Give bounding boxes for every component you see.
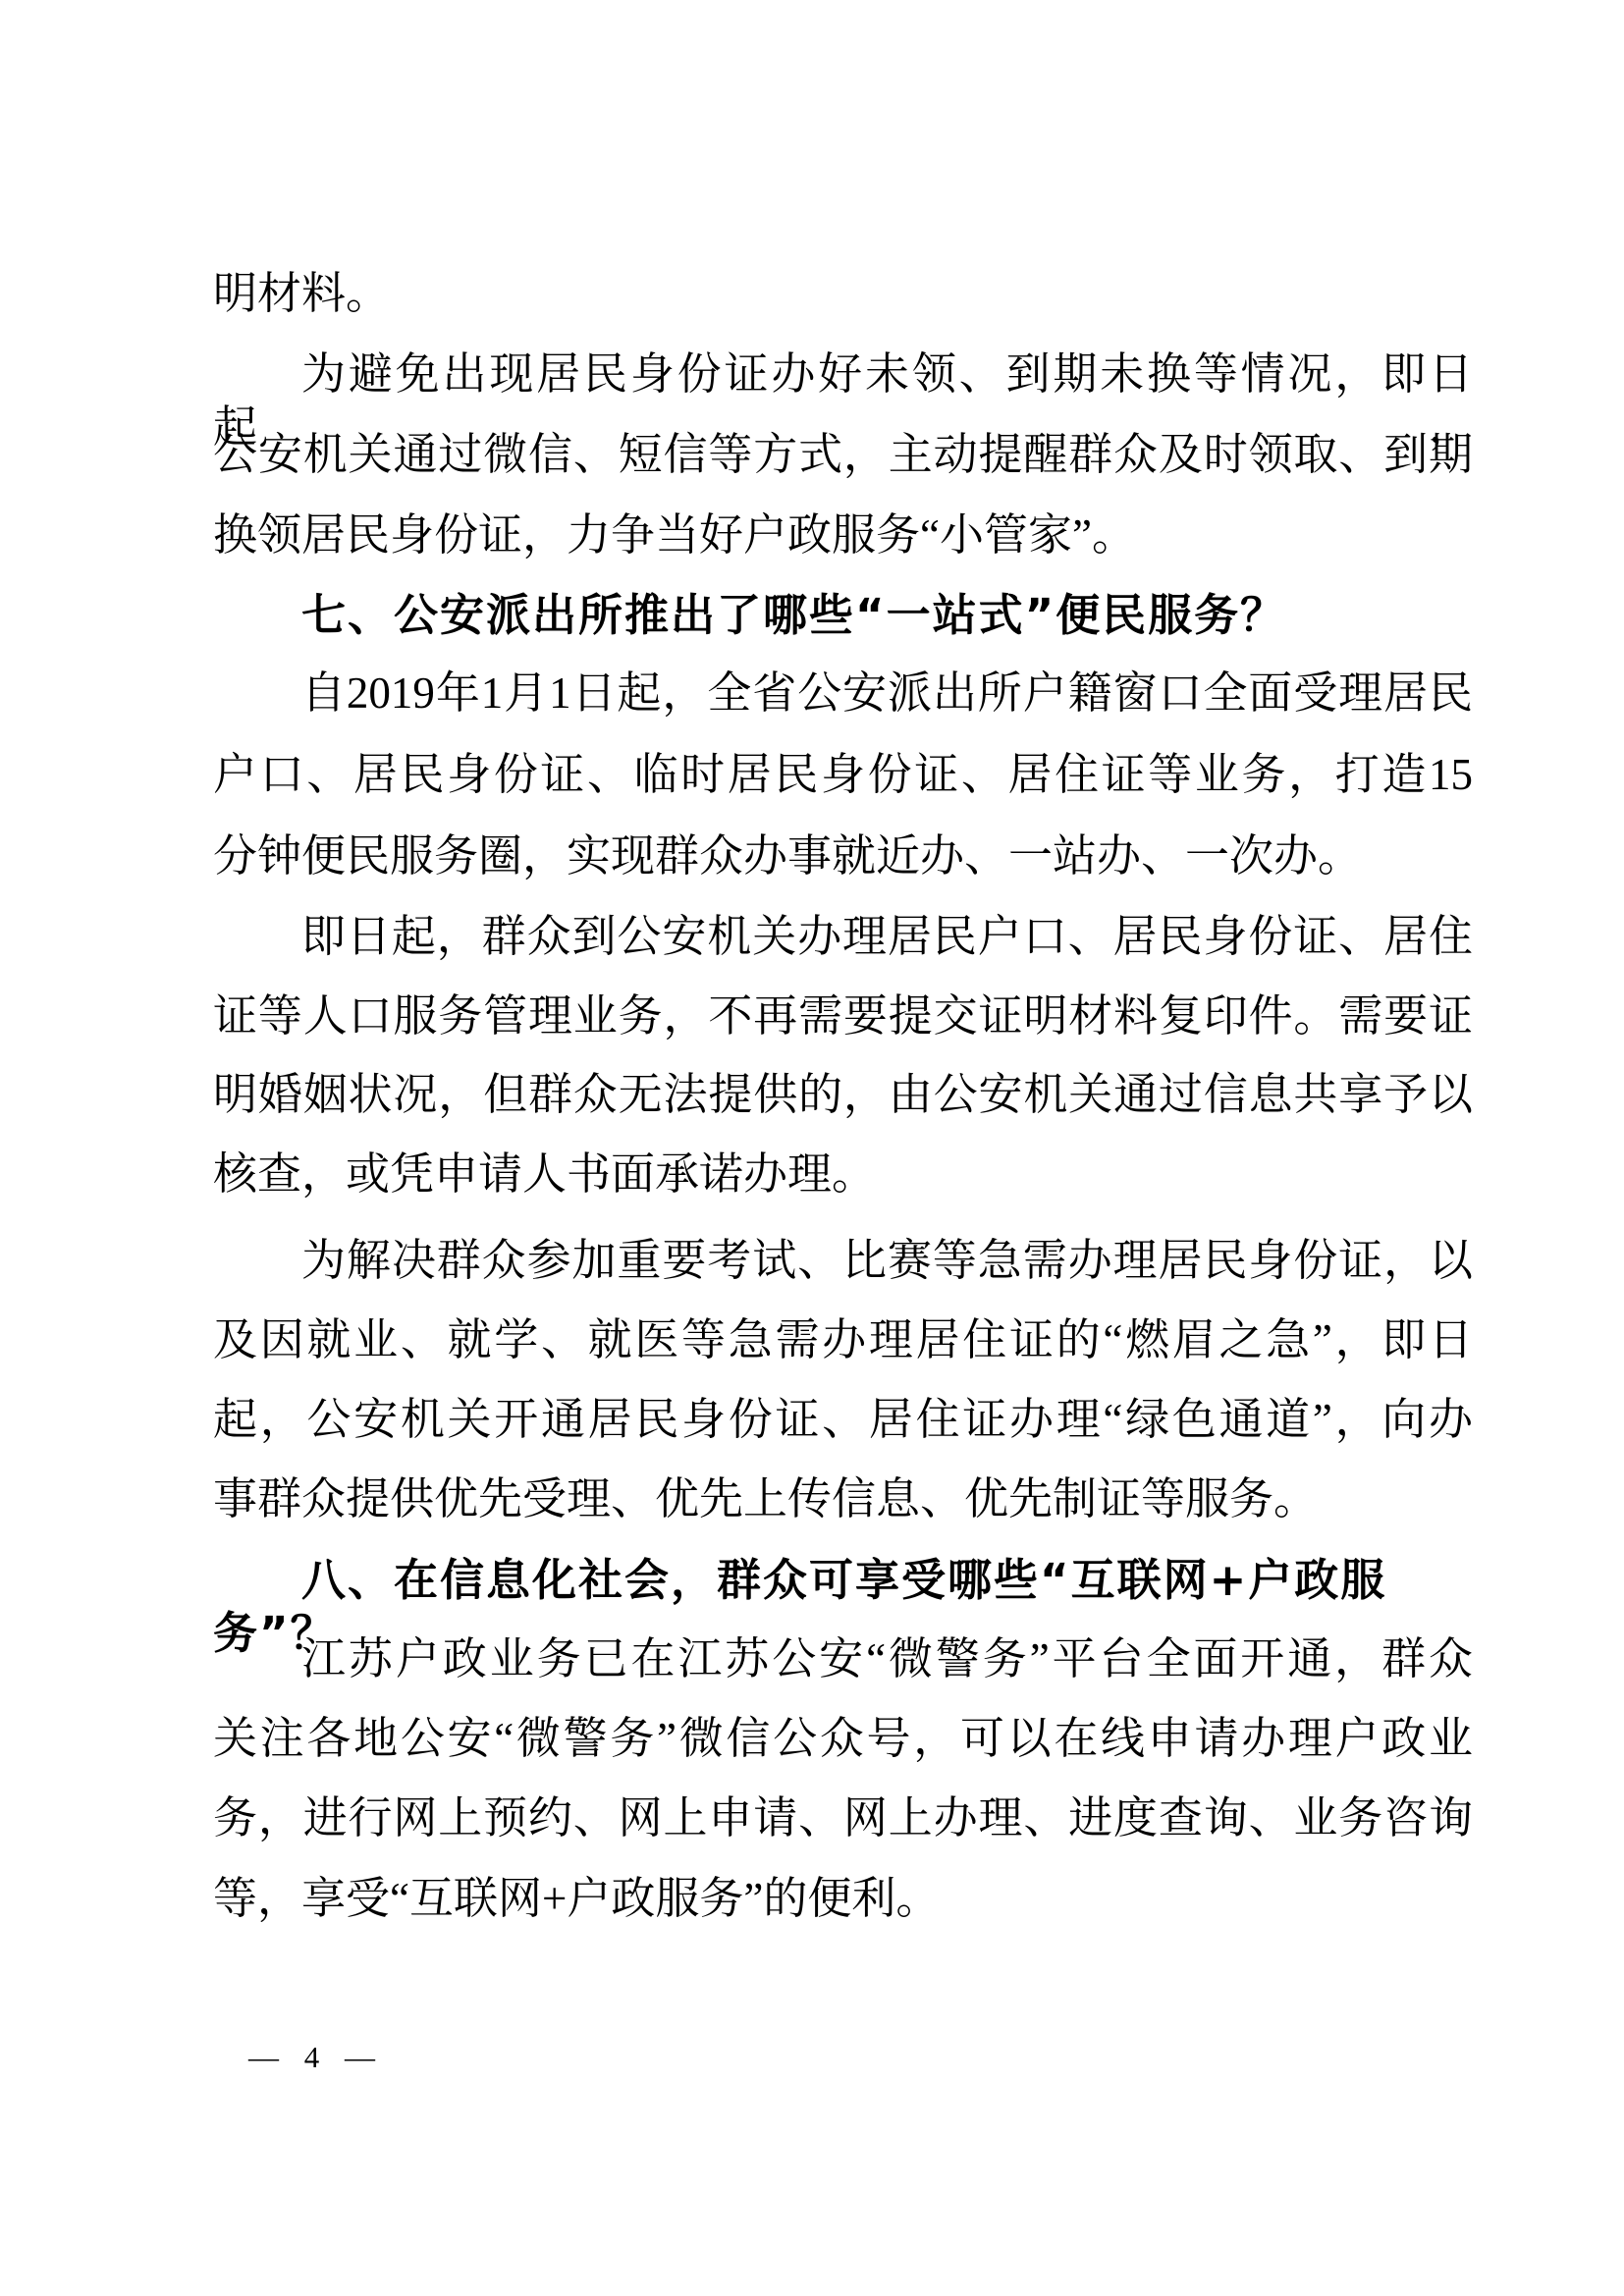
text-line: 及因就业、就学、就医等急需办理居住证的“燃眉之急”，即日 <box>213 1313 1473 1366</box>
text-line: 关注各地公安“微警务”微信公众号，可以在线申请办理户政业 <box>213 1712 1473 1765</box>
text-line: 换领居民身份证，力争当好户政服务“小管家”。 <box>213 508 1473 561</box>
section-heading-7: 七、公安派出所推出了哪些“一站式”便民服务？ <box>213 589 1473 642</box>
text-line: 公安机关通过微信、短信等方式，主动提醒群众及时领取、到期 <box>213 428 1473 481</box>
text-line: 江苏户政业务已在江苏公安“微警务”平台全面开通，群众 <box>213 1632 1473 1685</box>
text-line: 等，享受“互联网+户政服务”的便利。 <box>213 1872 1473 1925</box>
text-line: 为解决群众参加重要考试、比赛等急需办理居民身份证，以 <box>213 1234 1473 1287</box>
text-line: 自2019年1月1日起，全省公安派出所户籍窗口全面受理居民 <box>213 667 1473 720</box>
document-page: 明材料。 为避免出现居民身份证办好未领、到期未换等情况，即日起， 公安机关通过微… <box>0 0 1624 2296</box>
text-line: 起，公安机关开通居民身份证、居住证办理“绿色通道”，向办 <box>213 1393 1473 1446</box>
text-line: 证等人口服务管理业务，不再需要提交证明材料复印件。需要证 <box>213 989 1473 1042</box>
text-line: 明婚姻状况，但群众无法提供的，由公安机关通过信息共享予以 <box>213 1068 1473 1121</box>
text-line: 务，进行网上预约、网上申请、网上办理、进度查询、业务咨询 <box>213 1791 1473 1844</box>
text-line: 事群众提供优先受理、优先上传信息、优先制证等服务。 <box>213 1472 1473 1525</box>
text-line: 即日起，群众到公安机关办理居民户口、居民身份证、居住 <box>213 910 1473 963</box>
text-line: 核查，或凭申请人书面承诺办理。 <box>213 1148 1473 1201</box>
text-line: 户口、居民身份证、临时居民身份证、居住证等业务，打造15 <box>213 748 1473 801</box>
text-line: 明材料。 <box>213 267 1473 320</box>
text-line: 分钟便民服务圈，实现群众办事就近办、一站办、一次办。 <box>213 829 1473 882</box>
page-number: — 4 — <box>248 2040 384 2075</box>
